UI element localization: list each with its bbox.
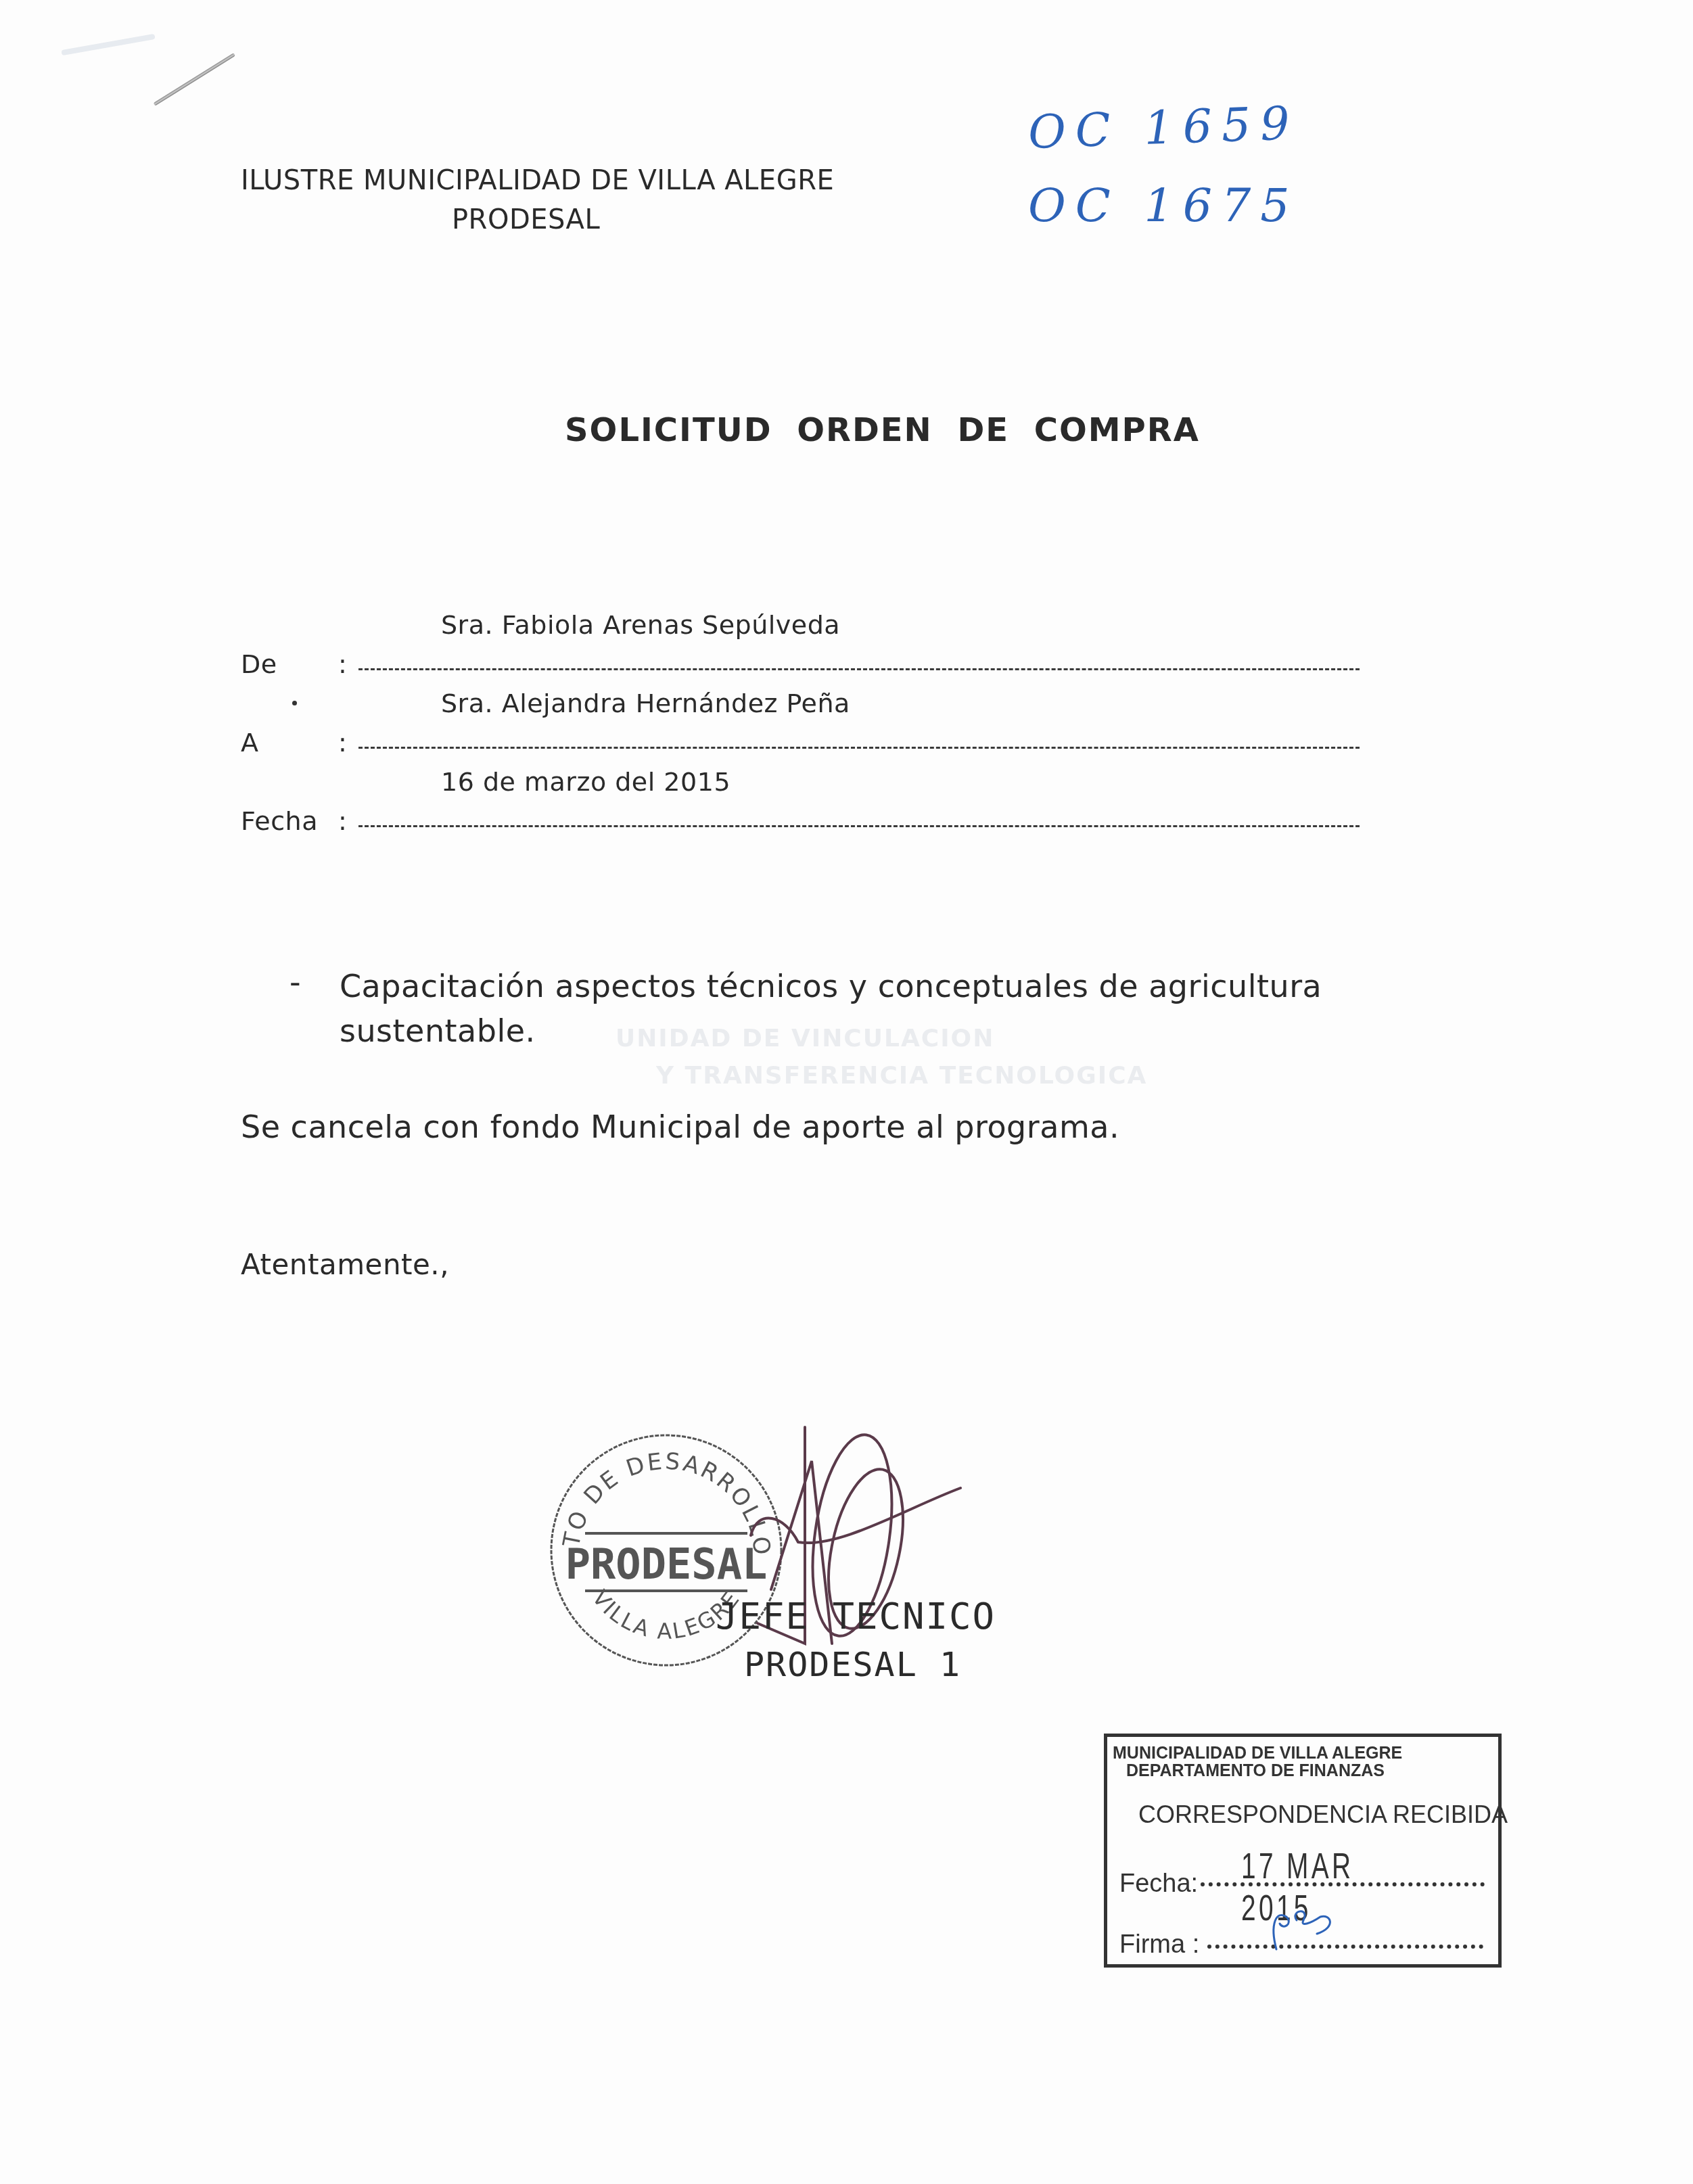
show-through-text-2: Y TRANSFERENCIA TECNOLOGICA	[656, 1062, 1147, 1090]
closing-salutation: Atentamente.,	[241, 1248, 449, 1281]
handwritten-order-number-1: OC 1659	[1027, 97, 1300, 160]
field-date-colon: :	[338, 806, 347, 836]
receipt-stamp-municipality: MUNICIPALIDAD DE VILLA ALEGRE	[1113, 1744, 1402, 1763]
field-to-colon: :	[338, 728, 347, 758]
field-from-value: Sra. Fabiola Arenas Sepúlveda	[441, 610, 840, 640]
field-from-label: De	[241, 649, 277, 679]
payment-note: Se cancela con fondo Municipal de aporte…	[241, 1105, 1119, 1149]
field-date-line	[358, 825, 1360, 827]
list-item-marker: -	[289, 964, 301, 1000]
field-from-colon: :	[338, 649, 347, 679]
stray-dot	[292, 701, 297, 705]
signatory-unit: PRODESAL 1	[744, 1645, 961, 1684]
receipt-initials-signature	[1256, 1897, 1351, 1951]
receipt-date-label: Fecha:	[1119, 1869, 1198, 1899]
finance-receipt-stamp: MUNICIPALIDAD DE VILLA ALEGRE DEPARTAMEN…	[1104, 1734, 1502, 1968]
staple-mark	[154, 53, 235, 106]
field-date-label: Fecha	[241, 806, 318, 836]
receipt-signature-label: Firma :	[1119, 1930, 1199, 1959]
field-date-value: 16 de marzo del 2015	[441, 767, 730, 797]
field-to-line	[358, 747, 1360, 749]
paper-scuff-mark	[61, 34, 155, 55]
handwritten-order-number-2: OC 1675	[1028, 179, 1299, 233]
field-to-label: A	[241, 728, 259, 758]
field-to-value: Sra. Alejandra Hernández Peña	[441, 689, 850, 718]
header-municipality: ILUSTRE MUNICIPALIDAD DE VILLA ALEGRE	[241, 165, 834, 196]
receipt-stamp-department: DEPARTAMENTO DE FINANZAS	[1126, 1761, 1385, 1781]
receipt-stamp-status: CORRESPONDENCIA RECIBIDA	[1138, 1800, 1508, 1829]
document-title: SOLICITUD ORDEN DE COMPRA	[565, 411, 1200, 449]
signatory-title: JEFE TECNICO	[716, 1595, 996, 1637]
header-program: PRODESAL	[452, 204, 600, 235]
field-from-line	[358, 668, 1360, 670]
list-item: Capacitación aspectos técnicos y concept…	[340, 964, 1354, 1053]
